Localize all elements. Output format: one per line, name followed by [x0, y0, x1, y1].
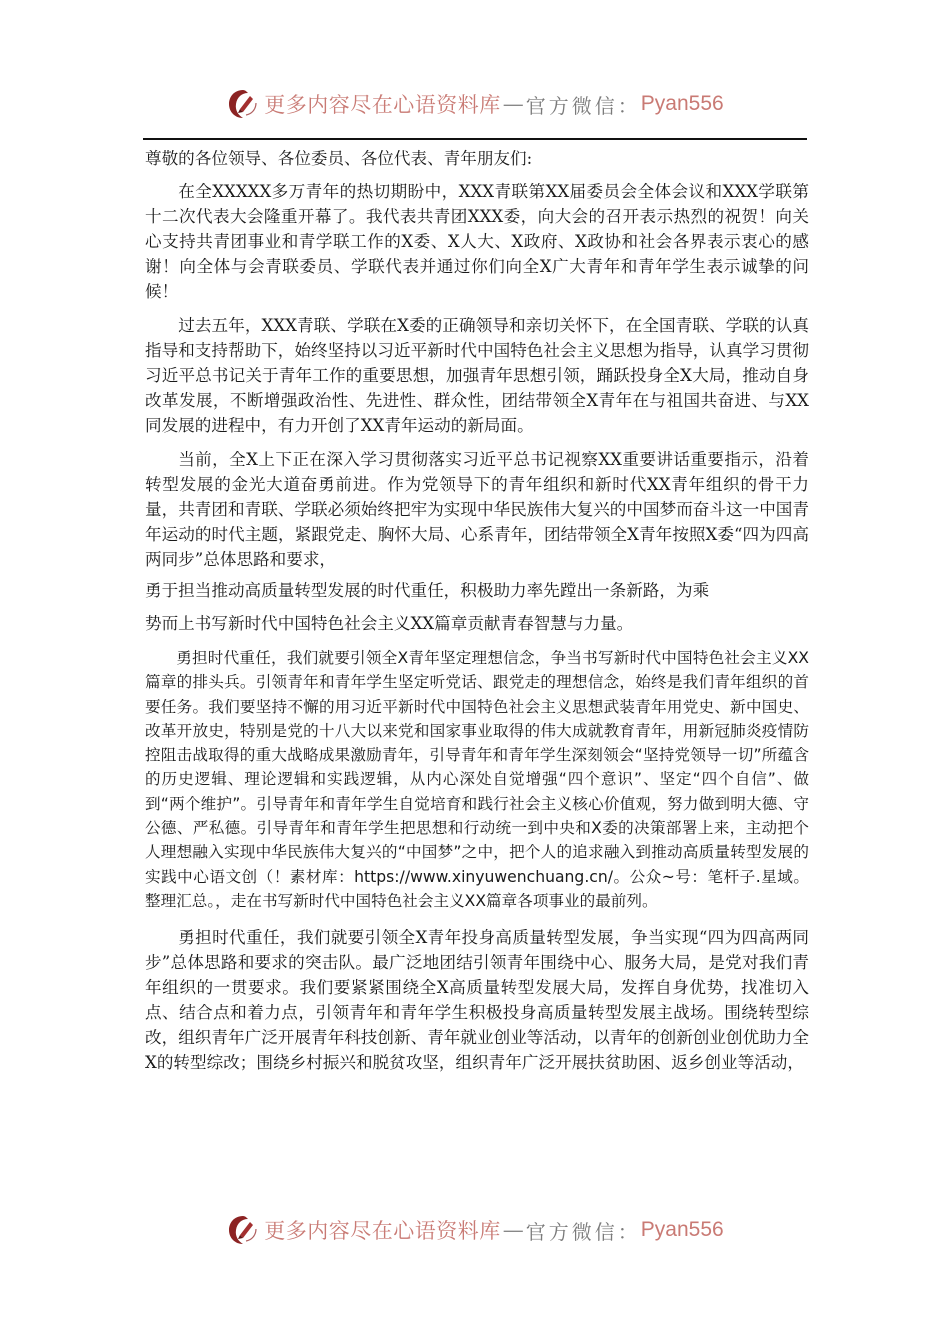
paragraph-3: 当前，全X上下正在深入学习贯彻落实习近平总书记视察XX重要讲话重要指示，沿着转型…: [145, 447, 809, 572]
paragraph-3-line-cont-2: 势而上书写新时代中国特色社会主义XX篇章贡献青春智慧与力量。: [145, 605, 809, 642]
banner-dash: —: [503, 92, 524, 116]
banner-wechat-id: Pyan556: [641, 92, 724, 116]
banner-dash: —: [503, 1218, 524, 1242]
pen-nib-logo-icon: [226, 1213, 260, 1247]
paragraph-1: 在全XXXXX多万青年的热切期盼中，XXX青联第XX届委员会全体会议和XXX学联…: [145, 179, 809, 304]
banner-wechat-label: 官方微信：: [526, 90, 641, 119]
header-banner: 更多内容尽在心语资料库 — 官方微信： Pyan556: [0, 84, 950, 124]
header-divider: [143, 138, 807, 140]
greeting: 尊敬的各位领导、各位委员、各位代表、青年朋友们:: [145, 146, 809, 171]
paragraph-4: 勇担时代重任，我们就要引领全X青年坚定理想信念，争当书写新时代中国特色社会主义X…: [145, 646, 809, 913]
banner-wechat-label: 官方微信：: [526, 1216, 641, 1245]
paragraph-3-line-cont-1: 勇于担当推动高质量转型发展的时代重任，积极助力率先蹚出一条新路，为乘: [145, 572, 809, 609]
footer-banner: 更多内容尽在心语资料库 — 官方微信： Pyan556: [0, 1210, 950, 1250]
banner-brand-text: 更多内容尽在心语资料库: [264, 89, 501, 119]
paragraph-5: 勇担时代重任，我们就要引领全X青年投身高质量转型发展，争当实现“四为四高两同步”…: [145, 925, 809, 1075]
banner-wechat-id: Pyan556: [641, 1218, 724, 1242]
banner-brand-text: 更多内容尽在心语资料库: [264, 1215, 501, 1245]
paragraph-2: 过去五年，XXX青联、学联在X委的正确领导和亲切关怀下，在全国青联、学联的认真指…: [145, 313, 809, 438]
document-body: 尊敬的各位领导、各位委员、各位代表、青年朋友们: 在全XXXXX多万青年的热切期…: [145, 146, 809, 1075]
pen-nib-logo-icon: [226, 87, 260, 121]
